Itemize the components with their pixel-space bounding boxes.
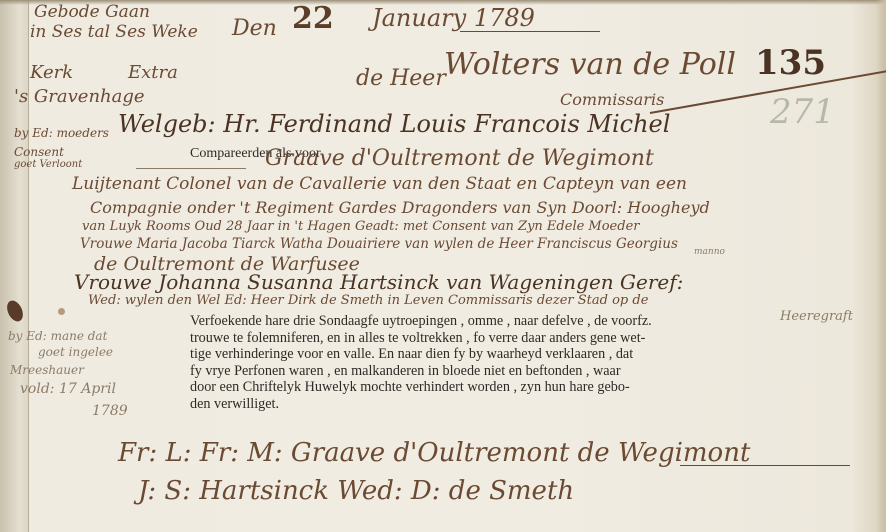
date-day: 22 [292, 4, 334, 34]
margin-bottom-line2: goet ingelee [38, 346, 113, 358]
official-title: de Heer [356, 68, 446, 90]
entry-line-6: Vrouwe Maria Jacoba Tiarck Watha Douairi… [80, 238, 678, 252]
margin-bottom-line5: 1789 [92, 404, 128, 418]
register-page: Gebode Gaan in Ses tal Ses Weke Den 22 J… [0, 0, 886, 532]
entry-line-1: Welgeb: Hr. Ferdinand Louis Francois Mic… [118, 112, 670, 136]
margin-consent-line2: Consent [14, 146, 64, 158]
page-number-struck: 271 [770, 95, 835, 129]
entry-line-8: Vrouwe Johanna Susanna Hartsinck van Wag… [74, 272, 683, 292]
date-prefix: Den [232, 18, 277, 40]
margin-kerk: Kerk [30, 64, 73, 82]
signature-bride: J: S: Hartsinck Wed: D: de Smeth [138, 478, 574, 504]
printed-line: trouwe te folemniferen, en in alles te v… [190, 330, 730, 347]
entry-line-10: Heeregraft [780, 310, 853, 323]
margin-place: 's Gravenhage [14, 88, 145, 106]
signature-groom: Fr: L: Fr: M: Graave d'Oultremont de Weg… [118, 440, 750, 466]
header-note-line1: Gebode Gaan [34, 4, 150, 21]
interlinear-note: manno [694, 248, 725, 257]
stamp-underline [136, 168, 246, 169]
margin-bottom-line3: Mreeshauer [10, 364, 84, 376]
binding-edge [0, 0, 29, 532]
official-name: Wolters van de Poll [444, 50, 736, 80]
entry-line-3: Luijtenant Colonel van de Cavallerie van… [72, 176, 687, 193]
margin-bottom-line4: vold: 17 April [20, 382, 116, 396]
entry-line-2: Graave d'Oultremont de Wegimont [265, 148, 654, 170]
printed-line: fy vrye Perfonen waren , en malkanderen … [190, 363, 730, 380]
margin-extra: Extra [128, 64, 178, 82]
page-number: 135 [755, 46, 826, 80]
printed-formula: Verfoekende hare drie Sondaagfe uytroepi… [190, 313, 730, 412]
margin-bottom-line1: by Ed: mane dat [8, 330, 107, 342]
printed-line: Verfoekende hare drie Sondaagfe uytroepi… [190, 313, 730, 330]
ink-spot [58, 308, 65, 315]
official-role: Commissaris [560, 92, 664, 108]
header-note-line2: in Ses tal Ses Weke [30, 24, 198, 41]
page-right-edge [876, 0, 886, 532]
entry-line-4: Compagnie onder 't Regiment Gardes Drago… [90, 200, 710, 216]
entry-line-5: van Luyk Rooms Oud 28 Jaar in 't Hagen G… [82, 220, 639, 233]
printed-line: den verwilliget. [190, 396, 730, 413]
margin-consent-line3: goet Verloont [14, 160, 82, 170]
date-underline [460, 31, 600, 32]
date-month-year: January 1789 [372, 6, 535, 30]
entry-line-9: Wed: wylen den Wel Ed: Heer Dirk de Smet… [88, 294, 648, 307]
margin-consent-line1: by Ed: moeders [14, 127, 109, 139]
printed-line: door een Chriftelyk Huwelyk mochte verhi… [190, 379, 730, 396]
printed-line: tige verhinderinge voor en valle. En naa… [190, 346, 730, 363]
signature-underline [680, 465, 850, 466]
